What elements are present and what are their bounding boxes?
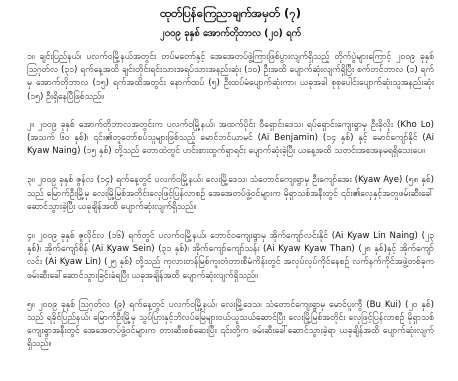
document-title: ထုတ်ပြန်ကြေညာချက်အမှတ် (၇): [27, 0, 434, 20]
paragraph-4: ၄။ ၂၀၀၉ ခုနှစ် ဇူလိုင်လ (၁၆) ရက်တွင် ပလက…: [27, 230, 434, 283]
paragraph-5: ၅။ ၂၀၀၉ ခုနှစ် ဩဂုတ်လ (၉) ရက်နေ့တွင် ပလက…: [27, 299, 434, 352]
document-page: ထုတ်ပြန်ကြေညာချက်အမှတ် (၇) ၂၀၀၉ ခုနှစ် အ…: [0, 0, 458, 381]
paragraph-2: ၂။ ၂၀၀၉ ခုနှစ် အောက်တိုဘာလအတွင်းက ပလက်ဝမ…: [27, 119, 434, 159]
paragraph-1: ၁။ ချင်းပြည်နယ်၊ ပလက်ဝမြို့နယ်အတွင်း တပ်…: [27, 51, 434, 104]
document-date: ၂၀၀၉ ခုနှစ် အောက်တိုဘာလ (၂၀) ရက်: [27, 20, 434, 40]
paragraph-3: ၃။ ၂၀၀၉ ခုနှစ် ဇွန်လ (၁၄) ရက်နေ့တွင် ပလက…: [27, 174, 434, 214]
